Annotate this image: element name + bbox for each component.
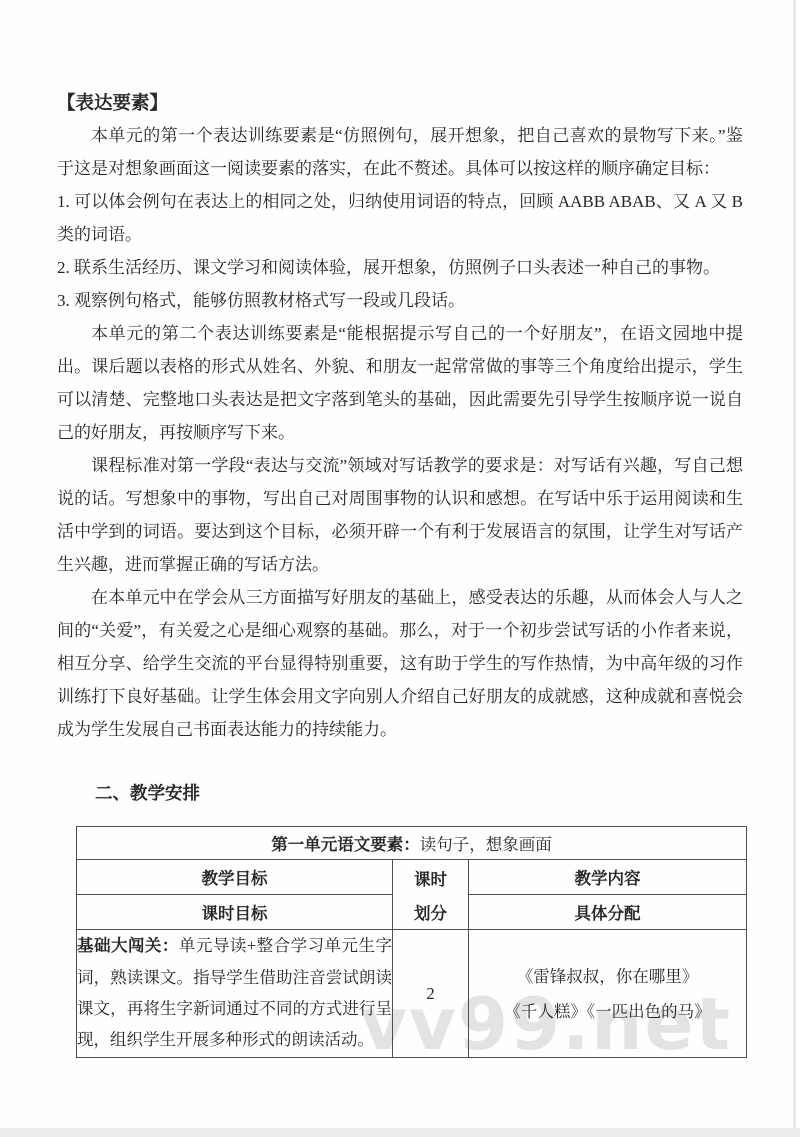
- paragraph: 在本单元中在学会从三方面描写好朋友的基础上，感受表达的乐趣，从而体会人与人之间的…: [57, 581, 743, 746]
- table-caption-label: 第一单元语文要素：: [271, 836, 420, 854]
- paragraph: 课程标准对第一学段“表达与交流”领域对写话教学的要求是：对写话有兴趣，写自己想说…: [57, 449, 743, 581]
- header-hours-line1: 课时: [393, 866, 468, 890]
- table-row-caption: 第一单元语文要素：读句子，想象画面: [77, 827, 747, 860]
- cell-lesson-goal: 基础大闯关：单元导读+整合学习单元生字词，熟读课文。指导学生借助注音尝试朗读课文…: [77, 930, 393, 1058]
- header-teaching-goal: 教学目标: [77, 860, 393, 895]
- cell-goal-lead: 基础大闯关：: [77, 937, 179, 955]
- scanned-document-page: vv99.net 【表达要素】 本单元的第一个表达训练要素是“仿照例句，展开想象…: [0, 0, 800, 1137]
- cell-content-allocation: 《雷锋叔叔，你在哪里》 《千人糕》《一匹出色的马》: [469, 930, 747, 1058]
- table-row-header-1: 教学目标 课时 划分 教学内容: [77, 860, 747, 895]
- paragraph: 本单元的第二个表达训练要素是“能根据提示写自己的一个好朋友”，在语文园地中提出。…: [57, 317, 743, 449]
- page-scan-edge-bottom: [0, 1128, 800, 1137]
- header-allocation: 具体分配: [469, 895, 747, 930]
- paragraph-list-item-3: 3. 观察例句格式，能够仿照教材格式写一段或几段话。: [57, 284, 743, 317]
- header-teaching-content: 教学内容: [469, 860, 747, 895]
- section-heading-teaching-schedule: 二、教学安排: [95, 780, 743, 805]
- content-title-line1: 《雷锋叔叔，你在哪里》: [469, 959, 746, 994]
- page-scan-edge-right: [793, 0, 796, 1137]
- content-title-line2: 《千人糕》《一匹出色的马》: [469, 994, 746, 1029]
- header-lesson-goal: 课时目标: [77, 895, 393, 930]
- header-hours-line2: 划分: [393, 900, 468, 924]
- paragraph-list-item-1: 1. 可以体会例句在表达上的相同之处，归纳使用词语的特点，回顾 AABB ABA…: [57, 185, 743, 251]
- cell-hours: 2: [393, 930, 469, 1058]
- document-body: 【表达要素】 本单元的第一个表达训练要素是“仿照例句，展开想象，把自己喜欢的景物…: [57, 86, 743, 1058]
- paragraph-list-item-2: 2. 联系生活经历、课文学习和阅读体验，展开想象，仿照例子口头表述一种自己的事物…: [57, 251, 743, 284]
- table-row-body: 基础大闯关：单元导读+整合学习单元生字词，熟读课文。指导学生借助注音尝试朗读课文…: [77, 930, 747, 1058]
- table-caption-value: 读句子，想象画面: [420, 835, 552, 854]
- teaching-schedule-table: 第一单元语文要素：读句子，想象画面 教学目标 课时 划分 教学内容 课时目标: [76, 826, 747, 1058]
- header-hours-division: 课时 划分: [393, 860, 469, 930]
- paragraph: 本单元的第一个表达训练要素是“仿照例句，展开想象，把自己喜欢的景物写下来。”鉴于…: [57, 119, 743, 185]
- section-heading-expression-elements: 【表达要素】: [57, 86, 743, 119]
- table-caption-cell: 第一单元语文要素：读句子，想象画面: [77, 827, 747, 860]
